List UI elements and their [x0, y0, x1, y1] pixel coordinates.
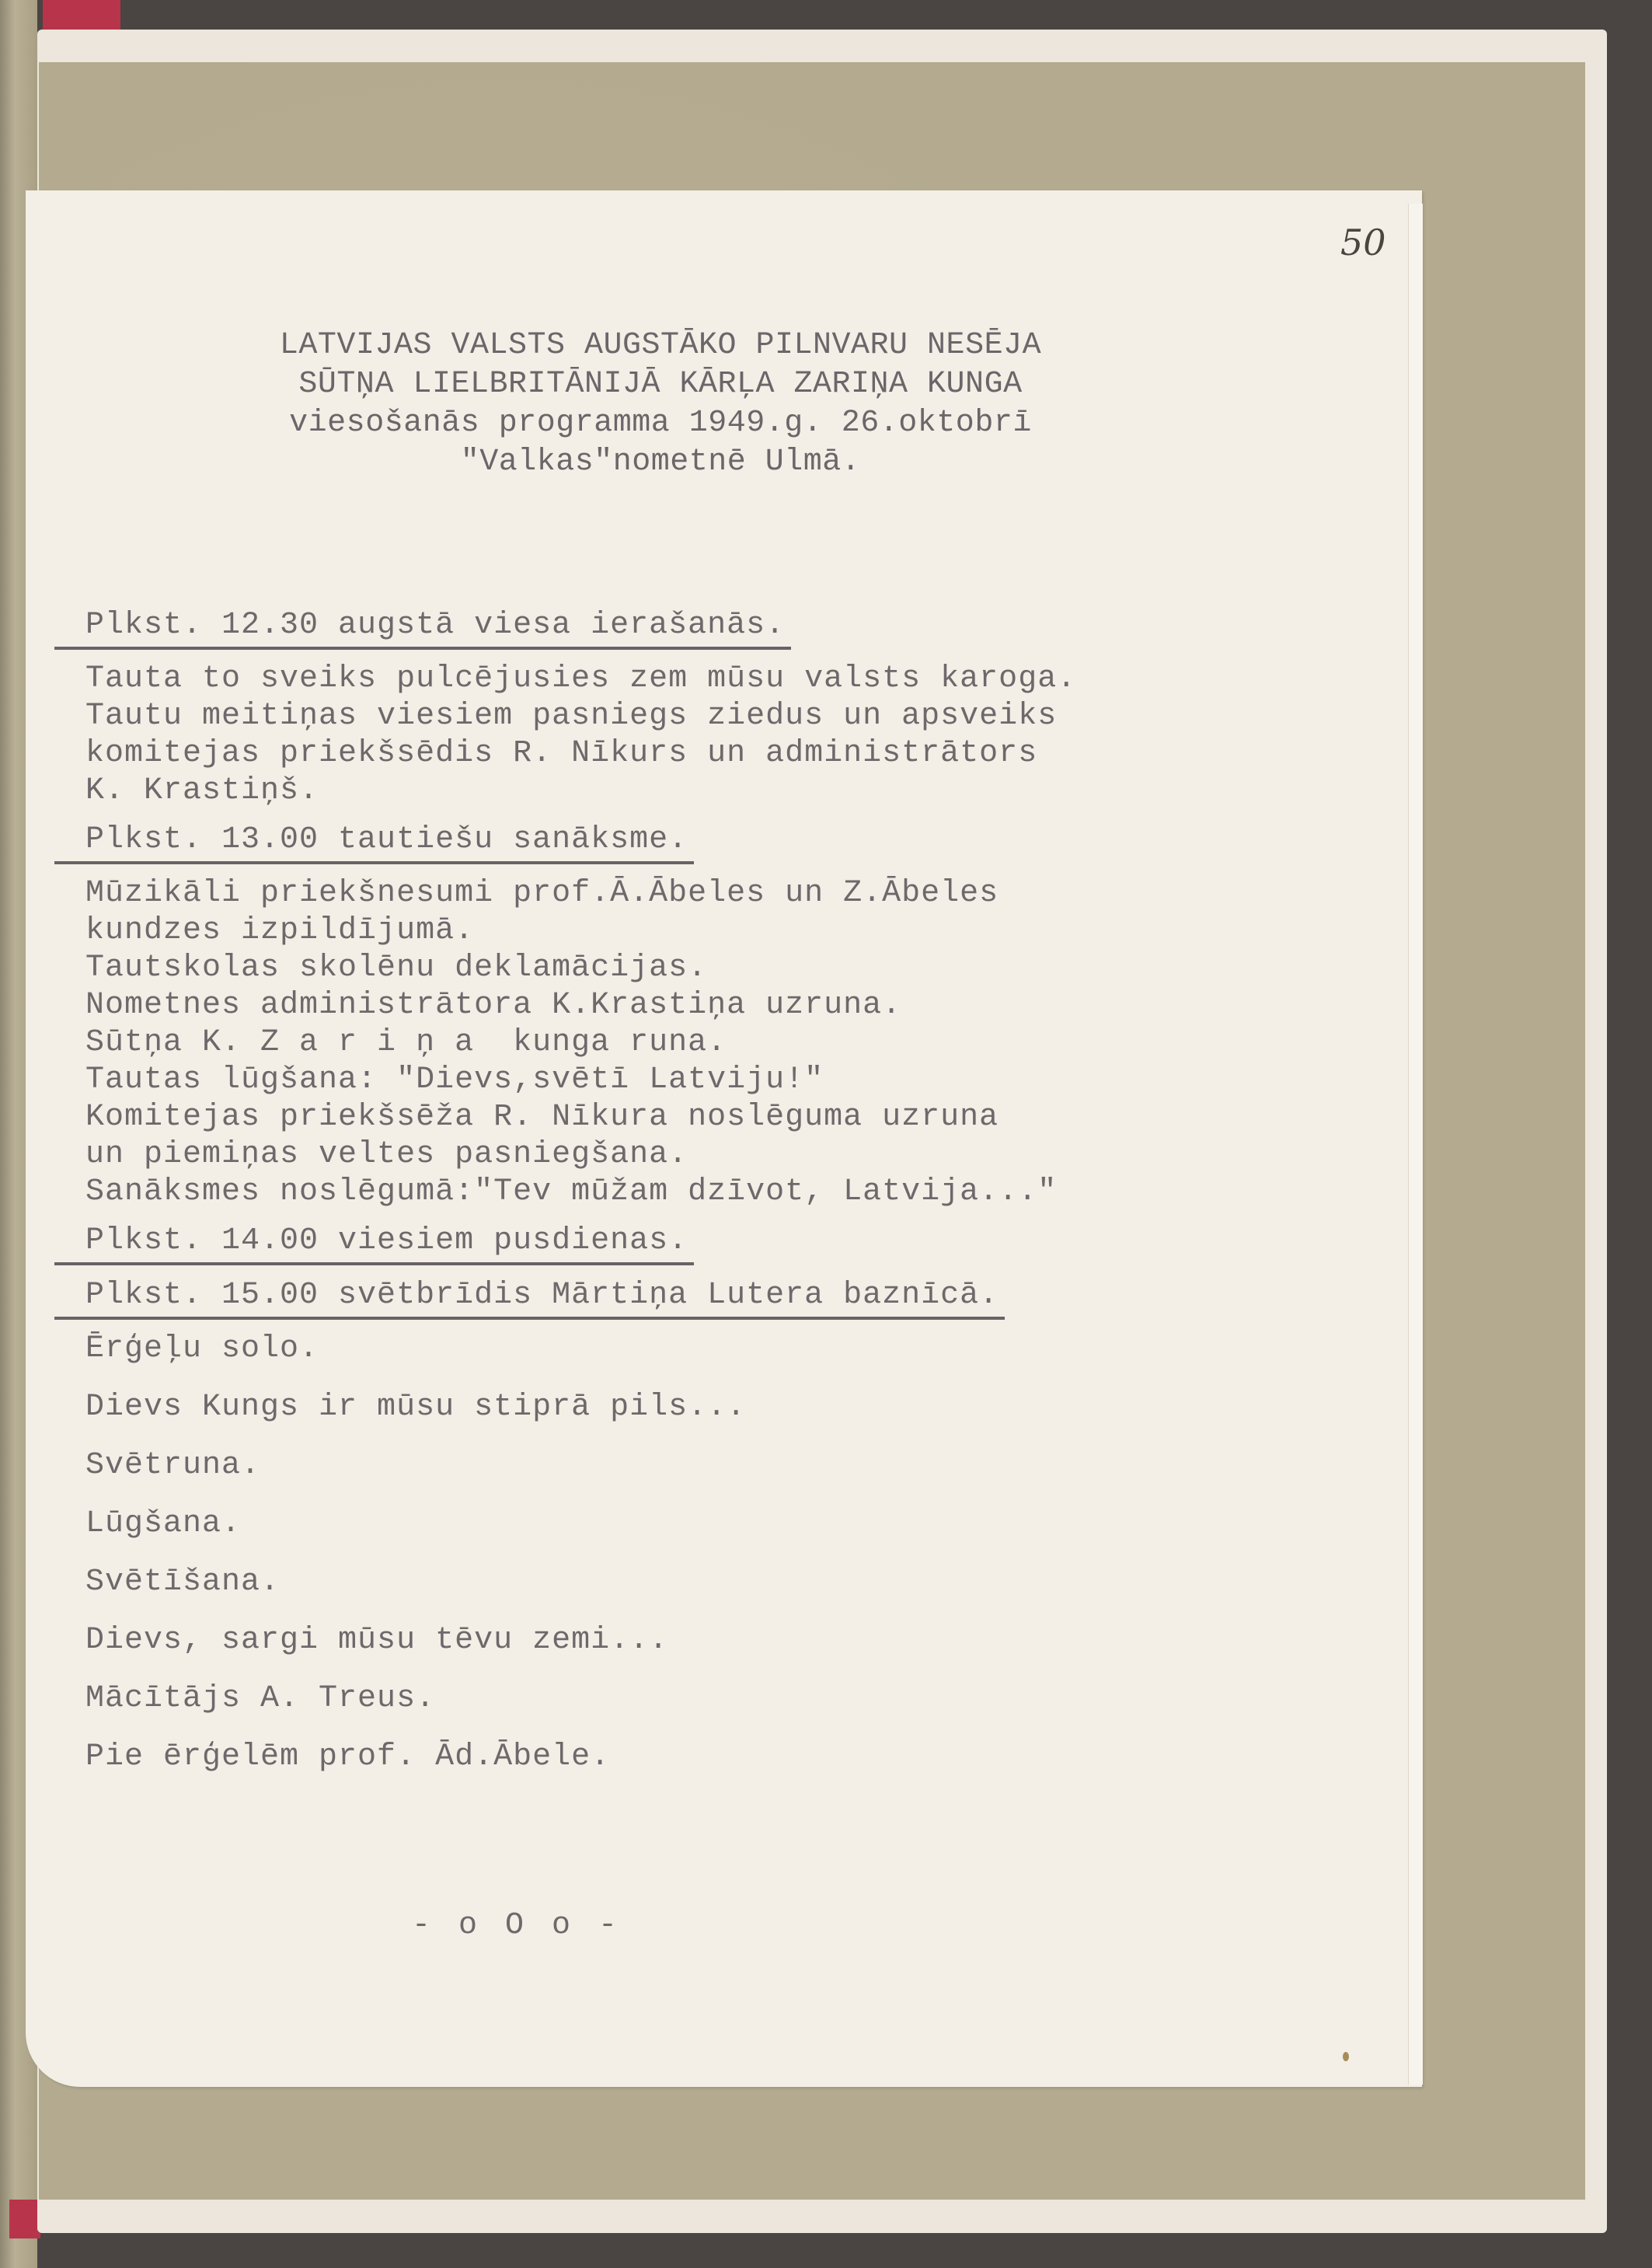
text-line: Tauta to sveiks pulcējusies zem mūsu val… [85, 661, 1368, 698]
text-line: K. Krastiņš. [85, 773, 1368, 810]
programme-body: Plkst. 12.30 augstā viesa ierašanās. Tau… [85, 606, 1368, 1797]
text-line: komitejas priekšsēdis R. Nīkurs un admin… [85, 735, 1368, 773]
section-1300: Plkst. 13.00 tautiešu sanāksme. Mūzikāli… [85, 821, 1368, 1211]
service-item: Ērģeļu solo. [85, 1331, 1368, 1368]
service-item: Svētruna. [85, 1447, 1368, 1485]
service-item: Dievs, sargi mūsu tēvu zemi... [85, 1622, 1368, 1659]
folio-number: 50 [1340, 222, 1386, 263]
text-line: Komitejas priekšsēža R. Nīkura noslēguma… [85, 1099, 1368, 1136]
text-line: Tautskolas skolēnu deklamācijas. [85, 950, 1368, 987]
section-heading: Plkst. 14.00 viesiem pusdienas. [54, 1222, 694, 1265]
section-heading: Plkst. 15.00 svētbrīdis Mārtiņa Lutera b… [54, 1276, 1005, 1320]
service-item: Pie ērģelēm prof. Ād.Ābele. [85, 1739, 1368, 1776]
section-1500: Plkst. 15.00 svētbrīdis Mārtiņa Lutera b… [85, 1276, 1368, 1776]
section-1400: Plkst. 14.00 viesiem pusdienas. [85, 1222, 1368, 1265]
text-line: Sūtņa K. Z a r i ņ a kunga runa. [85, 1024, 1368, 1062]
text-line: Mūzikāli priekšnesumi prof.Ā.Ābeles un Z… [85, 875, 1368, 912]
document-title: LATVIJAS VALSTS AUGSTĀKO PILNVARU NESĒJA… [85, 326, 1236, 482]
service-item: Svētīšana. [85, 1564, 1368, 1601]
text-line: Nometnes administrātora K.Krastiņa uzrun… [85, 987, 1368, 1024]
title-line: viesošanās programma 1949.g. 26.oktobrī [85, 404, 1236, 443]
text-line: un piemiņas veltes pasniegšana. [85, 1136, 1368, 1174]
closing-ornament: - o O o - [412, 1908, 622, 1943]
service-item: Dievs Kungs ir mūsu stiprā pils... [85, 1389, 1368, 1426]
service-item: Lūgšana. [85, 1506, 1368, 1543]
service-item: Mācītājs A. Treus. [85, 1680, 1368, 1718]
sheet-stack-edge [1408, 204, 1423, 2085]
section-1230: Plkst. 12.30 augstā viesa ierašanās. Tau… [85, 606, 1368, 810]
section-heading: Plkst. 13.00 tautiešu sanāksme. [54, 821, 694, 864]
text-line: Sanāksmes noslēgumā:"Tev mūžam dzīvot, L… [85, 1174, 1368, 1211]
title-line: "Valkas"nometnē Ulmā. [85, 443, 1236, 482]
text-line: Tautu meitiņas viesiem pasniegs ziedus u… [85, 698, 1368, 735]
section-heading: Plkst. 12.30 augstā viesa ierašanās. [54, 606, 791, 650]
paper-stain [1343, 2052, 1349, 2061]
title-line: SŪTŅA LIELBRITĀNIJĀ KĀRĻA ZARIŅA KUNGA [85, 365, 1236, 404]
text-line: Tautas lūgšana: "Dievs,svētī Latviju!" [85, 1062, 1368, 1099]
text-line: kundzes izpildījumā. [85, 912, 1368, 950]
title-line: LATVIJAS VALSTS AUGSTĀKO PILNVARU NESĒJA [85, 326, 1236, 365]
red-binding-cloth-bottom [9, 2200, 40, 2238]
